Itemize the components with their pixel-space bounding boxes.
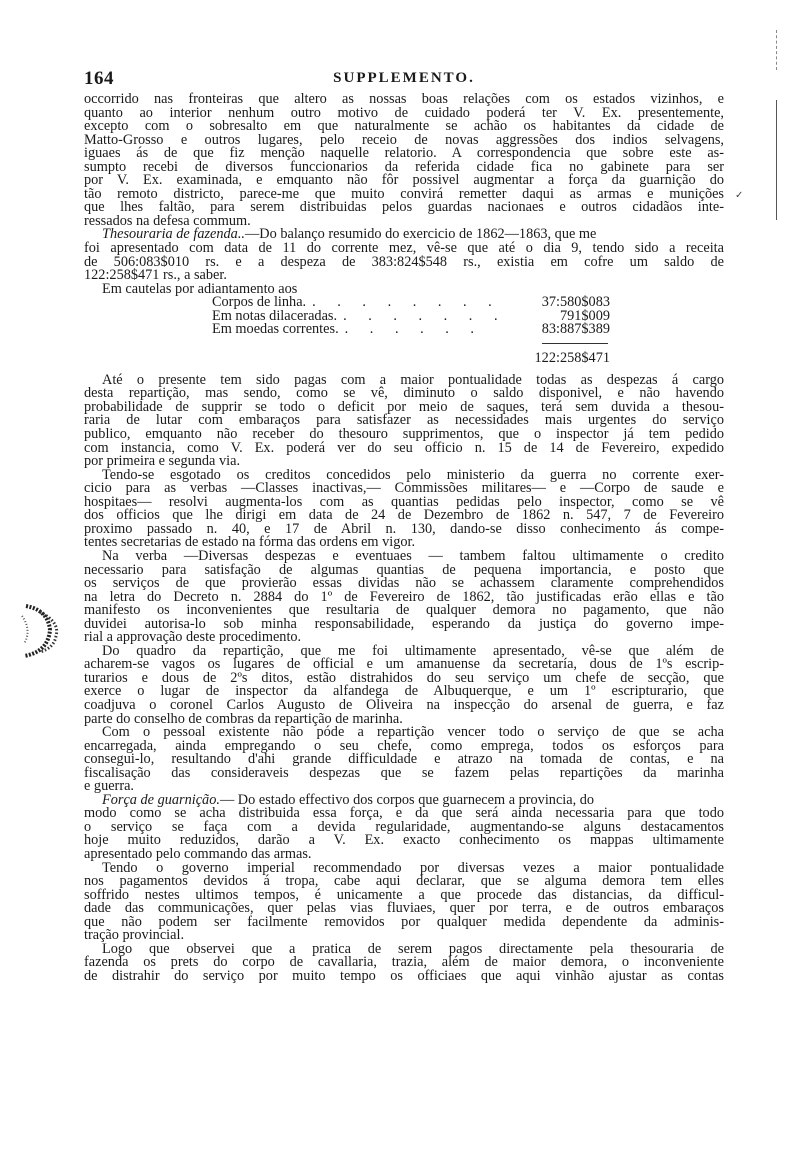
balance-value: 83:887$389 — [528, 323, 610, 337]
running-head: SUPPLEMENTO. — [84, 70, 724, 87]
body-text: occorrido nas fronteiras que altero as n… — [84, 93, 724, 983]
document-page: ✓ 164 SUPPLEMENTO. occorrido nas frontei… — [0, 0, 789, 1168]
balance-table: Corpos de linha. . . . . . . . . 37:580$… — [212, 296, 610, 366]
paragraph: Com o pessoal existente não póde a repar… — [84, 726, 724, 794]
leader-dots: . . . . . . . — [337, 310, 528, 324]
text-line: de distrahir do serviço por muito tempo … — [84, 970, 724, 984]
text-line: fiscalisação das consideraveis despezas … — [84, 767, 724, 781]
balance-total: 122:258$471 — [212, 352, 610, 366]
leader-dots: . . . . . . — [339, 323, 528, 337]
library-stamp-icon — [18, 600, 68, 660]
margin-mark: ✓ — [735, 190, 743, 201]
paragraph-forca: Força de guarnição.— Do estado effectivo… — [84, 794, 724, 862]
page-header: 164 SUPPLEMENTO. — [84, 68, 724, 90]
paragraph: Tendo-se esgotado os creditos concedidos… — [84, 469, 724, 550]
balance-row: Em moedas correntes. . . . . . . 83:887$… — [212, 323, 610, 337]
balance-intro: Em cautelas por adiantamento aos — [84, 283, 724, 297]
balance-label: Em moedas correntes. — [212, 323, 339, 337]
paragraph: Tendo o governo imperial recommendado po… — [84, 862, 724, 943]
paragraph: Do quadro da repartição, que me foi ulti… — [84, 645, 724, 726]
paragraph: occorrido nas fronteiras que altero as n… — [84, 93, 724, 228]
paragraph-thesouraria: Thesouraria de fazenda..—Do balanço resu… — [84, 228, 724, 282]
paragraph: Na verba —Diversas despezas e eventuaes … — [84, 550, 724, 645]
leader-dots: . . . . . . . . — [306, 296, 528, 310]
paragraph: Até o presente tem sido pagas com a maio… — [84, 374, 724, 469]
margin-rule — [776, 100, 778, 220]
margin-rule — [776, 30, 778, 70]
paragraph: Logo que observei que a pratica de serem… — [84, 943, 724, 984]
